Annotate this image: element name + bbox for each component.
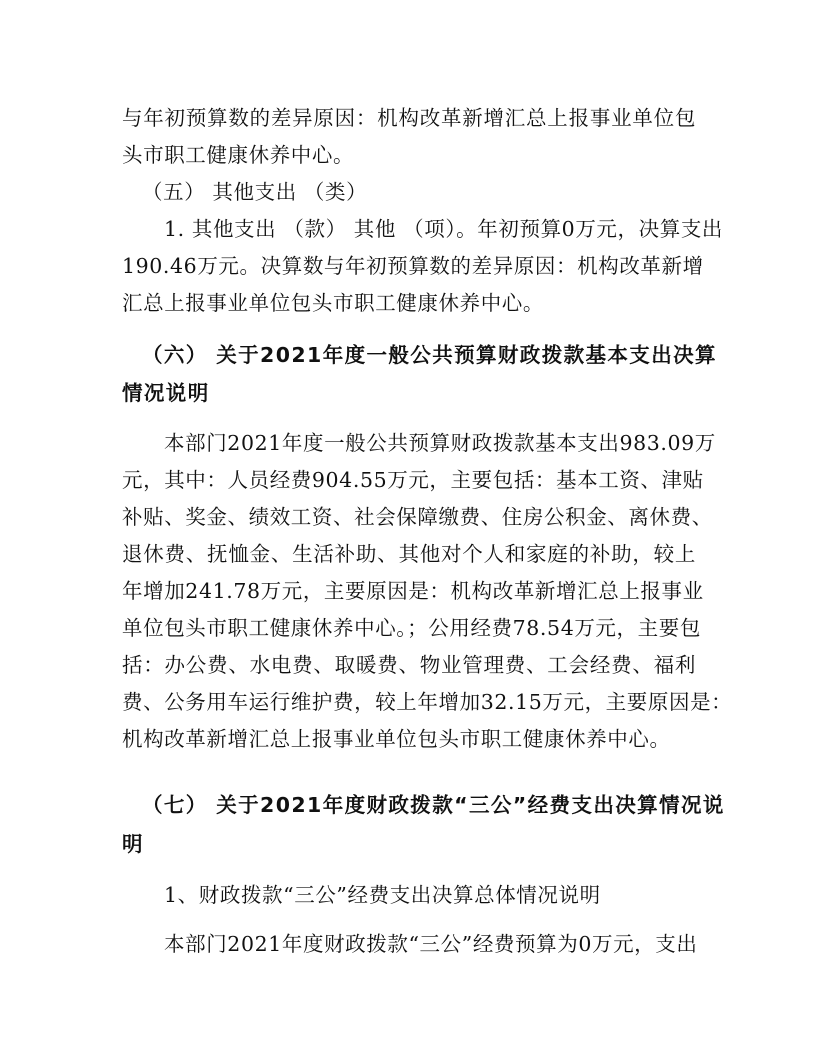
section-heading-7: （七） 关于2021年度财政拨款“三公”经费支出决算情况说	[142, 793, 696, 817]
subsection-heading: 1、财政拨款“三公”经费支出决算总体情况说明	[164, 883, 601, 907]
paragraph-line: 与年初预算数的差异原因：机构改革新增汇总上报事业单位包	[122, 106, 696, 130]
paragraph-line: 头市职工健康休养中心。	[122, 143, 354, 167]
paragraph-line: 1. 其他支出 （款） 其他 （项）。年初预算0万元，决算支出	[164, 217, 696, 241]
paragraph-line: 补贴、奖金、绩效工资、社会保障缴费、住房公积金、离休费、	[122, 505, 696, 529]
paragraph-line: 费、公务用车运行维护费，较上年增加32.15万元，主要原因是：	[122, 690, 696, 714]
section-heading-6-cont: 情况说明	[122, 381, 210, 405]
paragraph-line: 单位包头市职工健康休养中心。；公用经费78.54万元，主要包	[122, 616, 696, 640]
paragraph-line: 元，其中：人员经费904.55万元，主要包括：基本工资、津贴	[122, 468, 696, 492]
paragraph-line: 190.46万元。决算数与年初预算数的差异原因：机构改革新增	[122, 254, 696, 278]
section-heading-7-cont: 明	[122, 832, 144, 856]
paragraph-line: 括：办公费、水电费、取暖费、物业管理费、工会经费、福利	[122, 653, 696, 677]
section-heading-5: （五） 其他支出 （类）	[142, 180, 367, 204]
paragraph-line: 年增加241.78万元，主要原因是：机构改革新增汇总上报事业	[122, 579, 696, 603]
paragraph-line: 退休费、抚恤金、生活补助、其他对个人和家庭的补助，较上	[122, 542, 696, 566]
paragraph-line: 汇总上报事业单位包头市职工健康休养中心。	[122, 291, 544, 315]
section-heading-6: （六） 关于2021年度一般公共预算财政拨款基本支出决算	[142, 343, 696, 367]
paragraph-line: 本部门2021年度财政拨款“三公”经费预算为0万元，支出	[164, 932, 696, 956]
paragraph-line: 本部门2021年度一般公共预算财政拨款基本支出983.09万	[164, 431, 696, 455]
paragraph-line: 机构改革新增汇总上报事业单位包头市职工健康休养中心。	[122, 727, 671, 751]
